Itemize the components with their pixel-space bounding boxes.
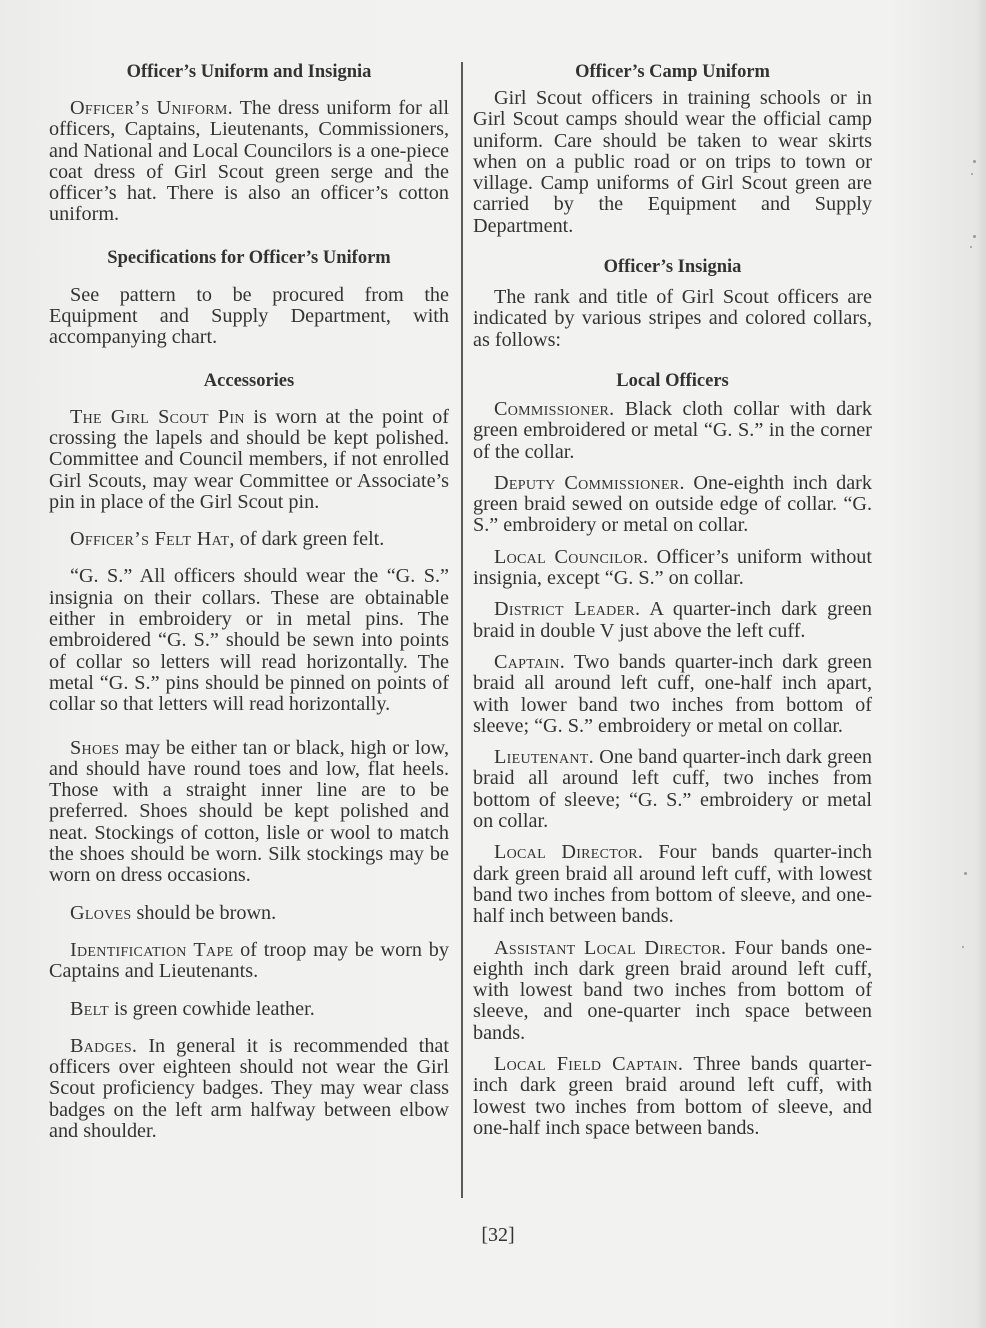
paragraph-commissioner: Commissioner. Black cloth collar with da…: [473, 399, 872, 463]
paragraph-camp-uniform: Girl Scout officers in training schools …: [473, 88, 872, 237]
paragraph-lead: Lieutenant.: [494, 746, 594, 768]
section-heading-accessories: Accessories: [49, 369, 449, 393]
section-heading-specifications: Specifications for Officer’s Uniform: [49, 246, 449, 270]
paragraph-badges: Badges. In general it is recommended tha…: [49, 1036, 449, 1142]
paragraph-gloves: Gloves should be brown.: [49, 903, 449, 924]
scan-speck: [973, 160, 976, 163]
paragraph-lead: Identification Tape: [70, 939, 233, 961]
paragraph-lead: Badges.: [70, 1035, 137, 1057]
paragraph-lead: Local Director.: [494, 841, 643, 863]
column-divider: [461, 62, 463, 1198]
paragraph-text: “G. S.” All officers should wear the “G.…: [49, 565, 449, 715]
paragraph-text: See pattern to be procured from the Equi…: [49, 284, 449, 349]
paragraph-lead: Local Field Captain.: [494, 1053, 683, 1075]
paragraph-specifications: See pattern to be procured from the Equi…: [49, 285, 449, 349]
scan-speck: [964, 872, 967, 875]
paragraph-local-field-captain: Local Field Captain. Three bands quarter…: [473, 1054, 872, 1139]
paragraph-text: Girl Scout officers in training schools …: [473, 87, 872, 237]
paragraph-district-leader: District Leader. A quarter-inch dark gre…: [473, 599, 872, 642]
paragraph-text: of dark green felt.: [235, 528, 385, 550]
paragraph-local-director: Local Director. Four bands quarter-inch …: [473, 842, 872, 927]
paragraph-lead: Commissioner.: [494, 398, 614, 420]
section-heading-officers-uniform-and-insignia: Officer’s Uniform and Insignia: [49, 60, 449, 84]
paragraph-officers-uniform: Officer’s Uniform. The dress uniform for…: [49, 98, 449, 226]
scan-speck: [962, 946, 964, 948]
paragraph-lead: Shoes: [70, 737, 119, 759]
paragraph-text: is green cowhide leather.: [109, 998, 315, 1020]
paragraph-assistant-local-director: Assistant Local Director. Four bands one…: [473, 938, 872, 1044]
section-heading-officers-insignia: Officer’s Insignia: [473, 255, 872, 279]
paragraph-lead: Belt: [70, 998, 109, 1020]
paragraph-identification-tape: Identification Tape of troop may be worn…: [49, 940, 449, 983]
paragraph-gs-insignia: “G. S.” All officers should wear the “G.…: [49, 566, 449, 715]
right-column: Officer’s Camp Uniform Girl Scout office…: [473, 60, 872, 1139]
paragraph-lead: Gloves: [70, 902, 132, 924]
paragraph-local-councilor: Local Councilor. Officer’s uniform witho…: [473, 547, 872, 590]
scan-speck: [970, 246, 972, 248]
paragraph-text: should be brown.: [132, 902, 277, 924]
paragraph-lead: District Leader.: [494, 598, 640, 620]
paragraph-lead: The Girl Scout Pin: [70, 406, 245, 428]
paragraph-lead: Local Councilor.: [494, 546, 648, 568]
paragraph-shoes: Shoes may be either tan or black, high o…: [49, 738, 449, 887]
paragraph-lead: Officer’s Uniform.: [70, 97, 233, 119]
page-number: [32]: [0, 1224, 986, 1247]
scan-speck: [971, 173, 973, 175]
book-page: Officer’s Uniform and Insignia Officer’s…: [0, 0, 986, 1328]
paragraph-lead: Captain.: [494, 651, 565, 673]
paragraph-girl-scout-pin: The Girl Scout Pin is worn at the point …: [49, 407, 449, 513]
paragraph-insignia-intro: The rank and title of Girl Scout officer…: [473, 287, 872, 351]
paragraph-lieutenant: Lieutenant. One band quarter-inch dark g…: [473, 747, 872, 832]
section-heading-camp-uniform: Officer’s Camp Uniform: [473, 60, 872, 84]
paragraph-lead: Officer’s Felt Hat,: [70, 528, 235, 550]
paragraph-belt: Belt is green cowhide leather.: [49, 999, 449, 1020]
paragraph-lead: Deputy Commissioner.: [494, 472, 685, 494]
section-heading-local-officers: Local Officers: [473, 369, 872, 393]
paragraph-felt-hat: Officer’s Felt Hat, of dark green felt.: [49, 529, 449, 550]
paragraph-deputy-commissioner: Deputy Commissioner. One-eighth inch dar…: [473, 473, 872, 537]
paragraph-text: may be either tan or black, high or low,…: [49, 737, 449, 887]
paragraph-text: The rank and title of Girl Scout officer…: [473, 286, 872, 351]
paragraph-captain: Captain. Two bands quarter-inch dark gre…: [473, 652, 872, 737]
left-column: Officer’s Uniform and Insignia Officer’s…: [49, 60, 449, 1142]
scan-speck: [973, 235, 976, 238]
paragraph-lead: Assistant Local Director.: [494, 937, 726, 959]
